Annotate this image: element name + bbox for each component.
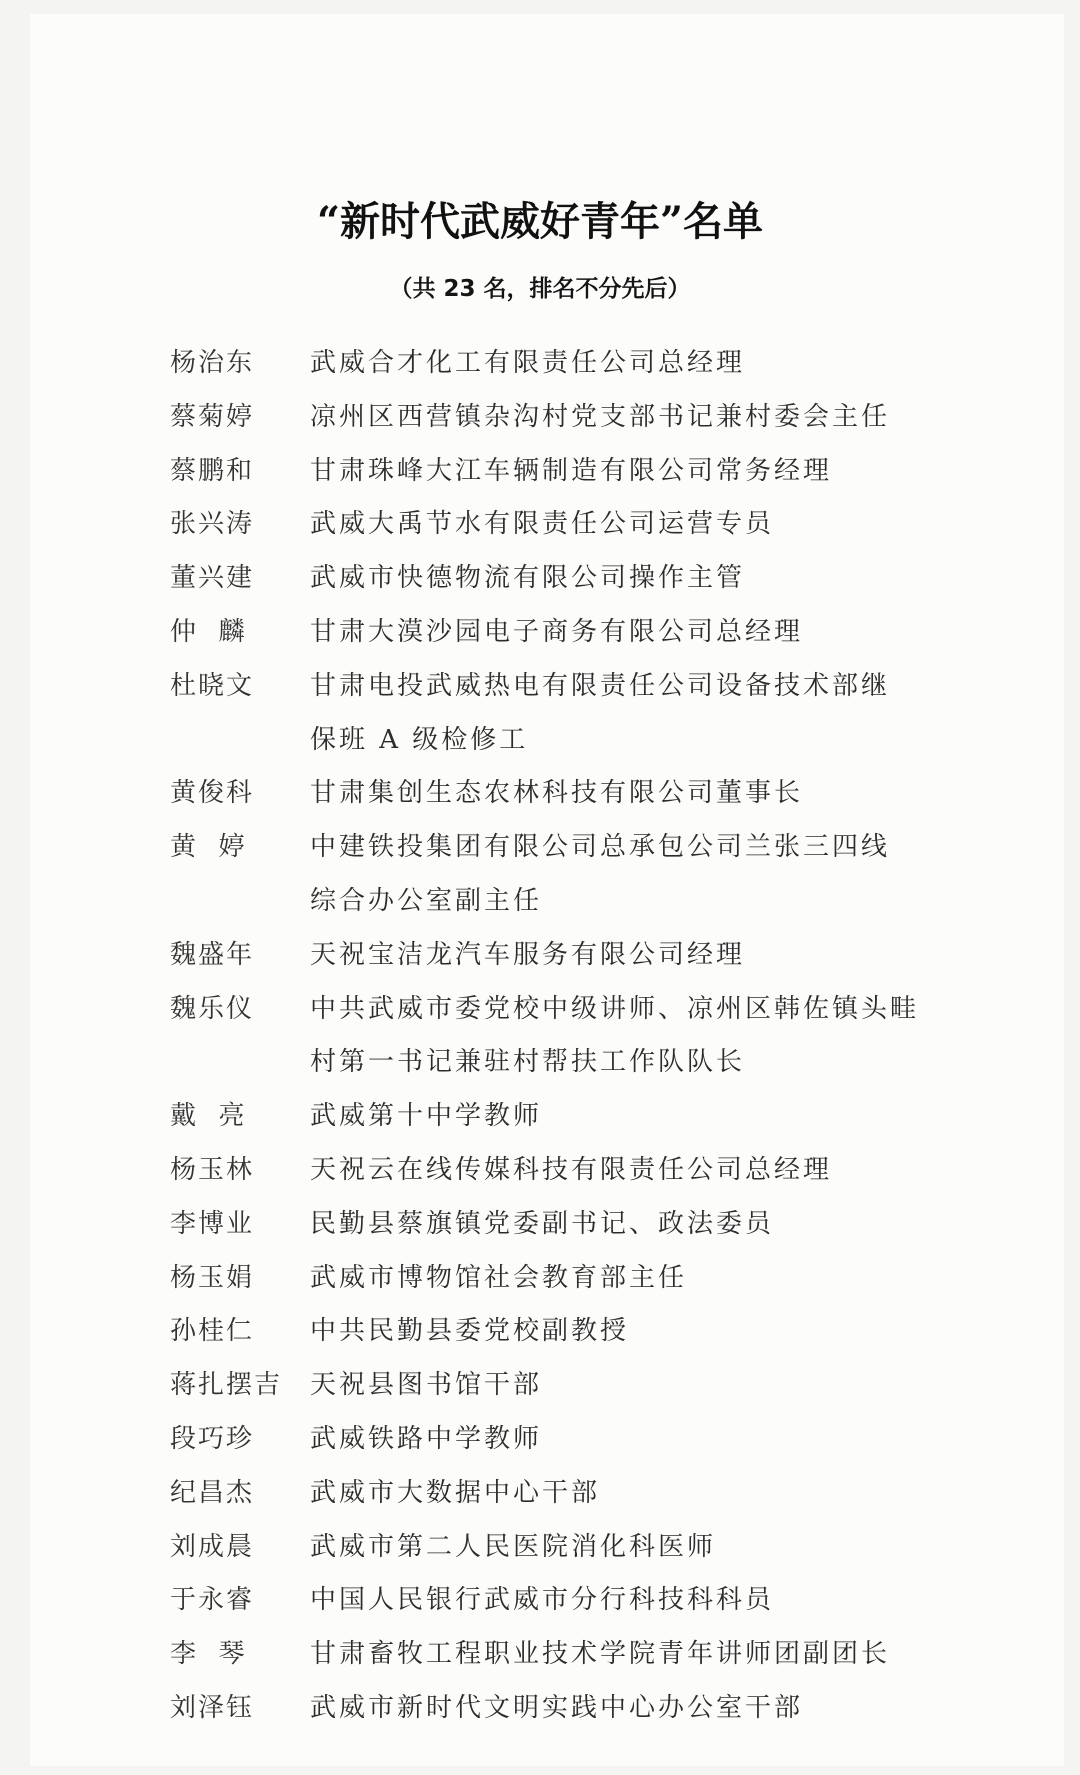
position-line: 甘肃畜牧工程职业技术学院青年讲师团副团长 <box>310 1628 970 1682</box>
honoree-name: 张兴涛 <box>170 498 310 552</box>
position-line: 天祝宝洁龙汽车服务有限公司经理 <box>310 929 970 983</box>
list-item: 孙桂仁中共民勤县委党校副教授 <box>170 1305 970 1359</box>
honoree-position: 武威大禹节水有限责任公司运营专员 <box>310 498 970 552</box>
position-line: 中国人民银行武威市分行科技科科员 <box>310 1574 970 1628</box>
list-item: 魏盛年天祝宝洁龙汽车服务有限公司经理 <box>170 929 970 983</box>
honoree-position: 武威第十中学教师 <box>310 1090 970 1144</box>
list-item: 蔡菊婷凉州区西营镇杂沟村党支部书记兼村委会主任 <box>170 391 970 445</box>
honoree-name: 杜晓文 <box>170 660 310 714</box>
honoree-name: 魏盛年 <box>170 929 310 983</box>
list-item: 蒋扎摆吉天祝县图书馆干部 <box>170 1359 970 1413</box>
document-title: “新时代武威好青年”名单 <box>0 190 1080 247</box>
position-line: 综合办公室副主任 <box>310 875 970 929</box>
list-item: 杨玉娟武威市博物馆社会教育部主任 <box>170 1252 970 1306</box>
list-item: 刘泽钰武威市新时代文明实践中心办公室干部 <box>170 1682 970 1736</box>
honoree-name: 蒋扎摆吉 <box>170 1359 310 1413</box>
honoree-position: 民勤县蔡旗镇党委副书记、政法委员 <box>310 1198 970 1252</box>
position-line: 甘肃电投武威热电有限责任公司设备技术部继 <box>310 660 970 714</box>
honoree-name: 杨治东 <box>170 337 310 391</box>
honoree-name: 孙桂仁 <box>170 1305 310 1359</box>
honoree-position: 中建铁投集团有限公司总承包公司兰张三四线综合办公室副主任 <box>310 821 970 929</box>
position-line: 武威市大数据中心干部 <box>310 1467 970 1521</box>
position-line: 武威市第二人民医院消化科医师 <box>310 1521 970 1575</box>
honoree-name: 李博业 <box>170 1198 310 1252</box>
list-item: 董兴建武威市快德物流有限公司操作主管 <box>170 552 970 606</box>
honoree-position: 甘肃电投武威热电有限责任公司设备技术部继保班 A 级检修工 <box>310 660 970 768</box>
honoree-name: 蔡鹏和 <box>170 445 310 499</box>
honoree-name: 于永睿 <box>170 1574 310 1628</box>
honoree-position: 甘肃大漠沙园电子商务有限公司总经理 <box>310 606 970 660</box>
list-item: 黄 婷中建铁投集团有限公司总承包公司兰张三四线综合办公室副主任 <box>170 821 970 929</box>
honoree-position: 武威铁路中学教师 <box>310 1413 970 1467</box>
honoree-name: 黄 婷 <box>170 821 310 875</box>
honoree-position: 武威市第二人民医院消化科医师 <box>310 1521 970 1575</box>
honoree-name: 仲 麟 <box>170 606 310 660</box>
document-subtitle: （共 23 名，排名不分先后） <box>0 270 1080 303</box>
position-line: 武威合才化工有限责任公司总经理 <box>310 337 970 391</box>
position-line: 甘肃集创生态农林科技有限公司董事长 <box>310 767 970 821</box>
honoree-name: 黄俊科 <box>170 767 310 821</box>
list-item: 杨玉林天祝云在线传媒科技有限责任公司总经理 <box>170 1144 970 1198</box>
position-line: 中共武威市委党校中级讲师、凉州区韩佐镇头畦 <box>310 983 970 1037</box>
position-line: 天祝县图书馆干部 <box>310 1359 970 1413</box>
list-item: 黄俊科甘肃集创生态农林科技有限公司董事长 <box>170 767 970 821</box>
honoree-position: 甘肃集创生态农林科技有限公司董事长 <box>310 767 970 821</box>
honoree-name: 杨玉林 <box>170 1144 310 1198</box>
list-item: 李 琴甘肃畜牧工程职业技术学院青年讲师团副团长 <box>170 1628 970 1682</box>
honoree-name: 戴 亮 <box>170 1090 310 1144</box>
honoree-position: 武威合才化工有限责任公司总经理 <box>310 337 970 391</box>
honoree-position: 武威市博物馆社会教育部主任 <box>310 1252 970 1306</box>
honoree-position: 天祝县图书馆干部 <box>310 1359 970 1413</box>
position-line: 武威市快德物流有限公司操作主管 <box>310 552 970 606</box>
position-line: 武威市新时代文明实践中心办公室干部 <box>310 1682 970 1736</box>
honoree-position: 武威市快德物流有限公司操作主管 <box>310 552 970 606</box>
honoree-list: 杨治东武威合才化工有限责任公司总经理蔡菊婷凉州区西营镇杂沟村党支部书记兼村委会主… <box>170 337 970 1736</box>
position-line: 天祝云在线传媒科技有限责任公司总经理 <box>310 1144 970 1198</box>
position-line: 武威市博物馆社会教育部主任 <box>310 1252 970 1306</box>
list-item: 张兴涛武威大禹节水有限责任公司运营专员 <box>170 498 970 552</box>
list-item: 段巧珍武威铁路中学教师 <box>170 1413 970 1467</box>
honoree-name: 杨玉娟 <box>170 1252 310 1306</box>
honoree-name: 刘泽钰 <box>170 1682 310 1736</box>
list-item: 蔡鹏和甘肃珠峰大江车辆制造有限公司常务经理 <box>170 445 970 499</box>
honoree-name: 刘成晨 <box>170 1521 310 1575</box>
list-item: 纪昌杰武威市大数据中心干部 <box>170 1467 970 1521</box>
position-line: 保班 A 级检修工 <box>310 714 970 768</box>
position-line: 武威第十中学教师 <box>310 1090 970 1144</box>
list-item: 杨治东武威合才化工有限责任公司总经理 <box>170 337 970 391</box>
position-line: 凉州区西营镇杂沟村党支部书记兼村委会主任 <box>310 391 970 445</box>
position-line: 村第一书记兼驻村帮扶工作队队长 <box>310 1036 970 1090</box>
list-item: 于永睿中国人民银行武威市分行科技科科员 <box>170 1574 970 1628</box>
honoree-position: 武威市大数据中心干部 <box>310 1467 970 1521</box>
honoree-position: 甘肃畜牧工程职业技术学院青年讲师团副团长 <box>310 1628 970 1682</box>
honoree-position: 天祝云在线传媒科技有限责任公司总经理 <box>310 1144 970 1198</box>
position-line: 中共民勤县委党校副教授 <box>310 1305 970 1359</box>
position-line: 武威铁路中学教师 <box>310 1413 970 1467</box>
honoree-position: 中共武威市委党校中级讲师、凉州区韩佐镇头畦村第一书记兼驻村帮扶工作队队长 <box>310 983 970 1091</box>
honoree-position: 武威市新时代文明实践中心办公室干部 <box>310 1682 970 1736</box>
honoree-name: 魏乐仪 <box>170 983 310 1037</box>
honoree-name: 蔡菊婷 <box>170 391 310 445</box>
list-item: 杜晓文甘肃电投武威热电有限责任公司设备技术部继保班 A 级检修工 <box>170 660 970 768</box>
position-line: 武威大禹节水有限责任公司运营专员 <box>310 498 970 552</box>
list-item: 魏乐仪中共武威市委党校中级讲师、凉州区韩佐镇头畦村第一书记兼驻村帮扶工作队队长 <box>170 983 970 1091</box>
honoree-name: 纪昌杰 <box>170 1467 310 1521</box>
honoree-position: 中国人民银行武威市分行科技科科员 <box>310 1574 970 1628</box>
honoree-position: 中共民勤县委党校副教授 <box>310 1305 970 1359</box>
honoree-position: 甘肃珠峰大江车辆制造有限公司常务经理 <box>310 445 970 499</box>
honoree-name: 段巧珍 <box>170 1413 310 1467</box>
position-line: 中建铁投集团有限公司总承包公司兰张三四线 <box>310 821 970 875</box>
position-line: 民勤县蔡旗镇党委副书记、政法委员 <box>310 1198 970 1252</box>
list-item: 刘成晨武威市第二人民医院消化科医师 <box>170 1521 970 1575</box>
position-line: 甘肃珠峰大江车辆制造有限公司常务经理 <box>310 445 970 499</box>
list-item: 仲 麟甘肃大漠沙园电子商务有限公司总经理 <box>170 606 970 660</box>
list-item: 李博业民勤县蔡旗镇党委副书记、政法委员 <box>170 1198 970 1252</box>
honoree-position: 凉州区西营镇杂沟村党支部书记兼村委会主任 <box>310 391 970 445</box>
position-line: 甘肃大漠沙园电子商务有限公司总经理 <box>310 606 970 660</box>
honoree-name: 李 琴 <box>170 1628 310 1682</box>
honoree-position: 天祝宝洁龙汽车服务有限公司经理 <box>310 929 970 983</box>
honoree-name: 董兴建 <box>170 552 310 606</box>
list-item: 戴 亮武威第十中学教师 <box>170 1090 970 1144</box>
